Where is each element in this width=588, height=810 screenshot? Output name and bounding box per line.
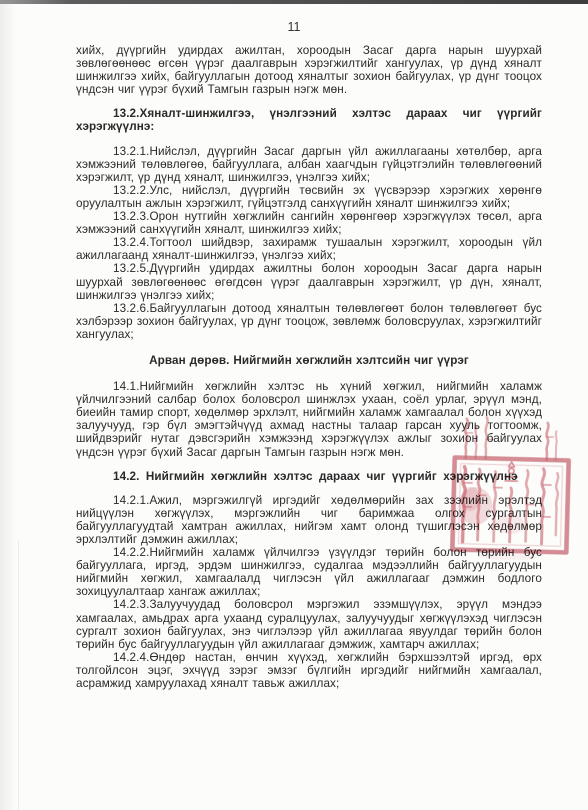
clause-14-2-3: 14.2.3.Залуучуудад боловсрол мэргэжил эз…: [76, 598, 542, 650]
scan-left-line-artifact: [18, 540, 19, 810]
clause-14-2-1: 14.2.1.Ажил, мэргэжилгүй иргэдийг хөдөлм…: [76, 494, 542, 546]
clause-13-2-3: 13.2.3.Орон нутгийн хөгжлийн сангийн хөр…: [76, 210, 542, 236]
clause-13-2-2: 13.2.2.Улс, нийслэл, дүүргийн төсвийн эх…: [76, 184, 542, 210]
clause-13-2-6: 13.2.6.Байгууллагын дотоод хяналтын төлө…: [76, 302, 542, 341]
clause-13-2-1: 13.2.1.Нийслэл, дүүргийн Засаг даргын үй…: [76, 145, 542, 184]
section-13-2-heading: 13.2.Хяналт-шинжилгээ, үнэлгээний хэлтэс…: [76, 107, 542, 133]
clause-14-2-2: 14.2.2.Нийгмийн халамж үйлчилгээ үзүүлдэ…: [76, 546, 542, 598]
paragraph-continuation: хийх, дүүргийн удирдах ажилтан, хороодын…: [76, 44, 542, 96]
clause-13-2-4: 13.2.4.Тогтоол шийдвэр, захирамж тушаалы…: [76, 236, 542, 262]
chapter-14-heading: Арван дөрөв. Нийгмийн хөгжлийн хэлтсийн …: [76, 354, 542, 367]
scan-top-edge-artifact: [0, 0, 588, 4]
paragraph-14-1: 14.1.Нийгмийн хөгжлийн хэлтэс нь хүний х…: [76, 380, 542, 459]
clause-13-2-5: 13.2.5.Дүүргийн удирдах ажилтны болон хо…: [76, 262, 542, 301]
page-number: 11: [0, 20, 588, 34]
section-14-2-heading: 14.2. Нийгмийн хөгжлийн хэлтэс дараах чи…: [76, 470, 542, 483]
document-page: 11 хийх, дүүргийн удирдах ажилтан, хороо…: [0, 0, 588, 810]
scan-left-shade-artifact: [0, 0, 16, 810]
clause-14-2-4: 14.2.4.Өндөр настан, өнчин хүүхэд, хөгжл…: [76, 651, 542, 690]
page-text-column: хийх, дүүргийн удирдах ажилтан, хороодын…: [76, 44, 542, 690]
